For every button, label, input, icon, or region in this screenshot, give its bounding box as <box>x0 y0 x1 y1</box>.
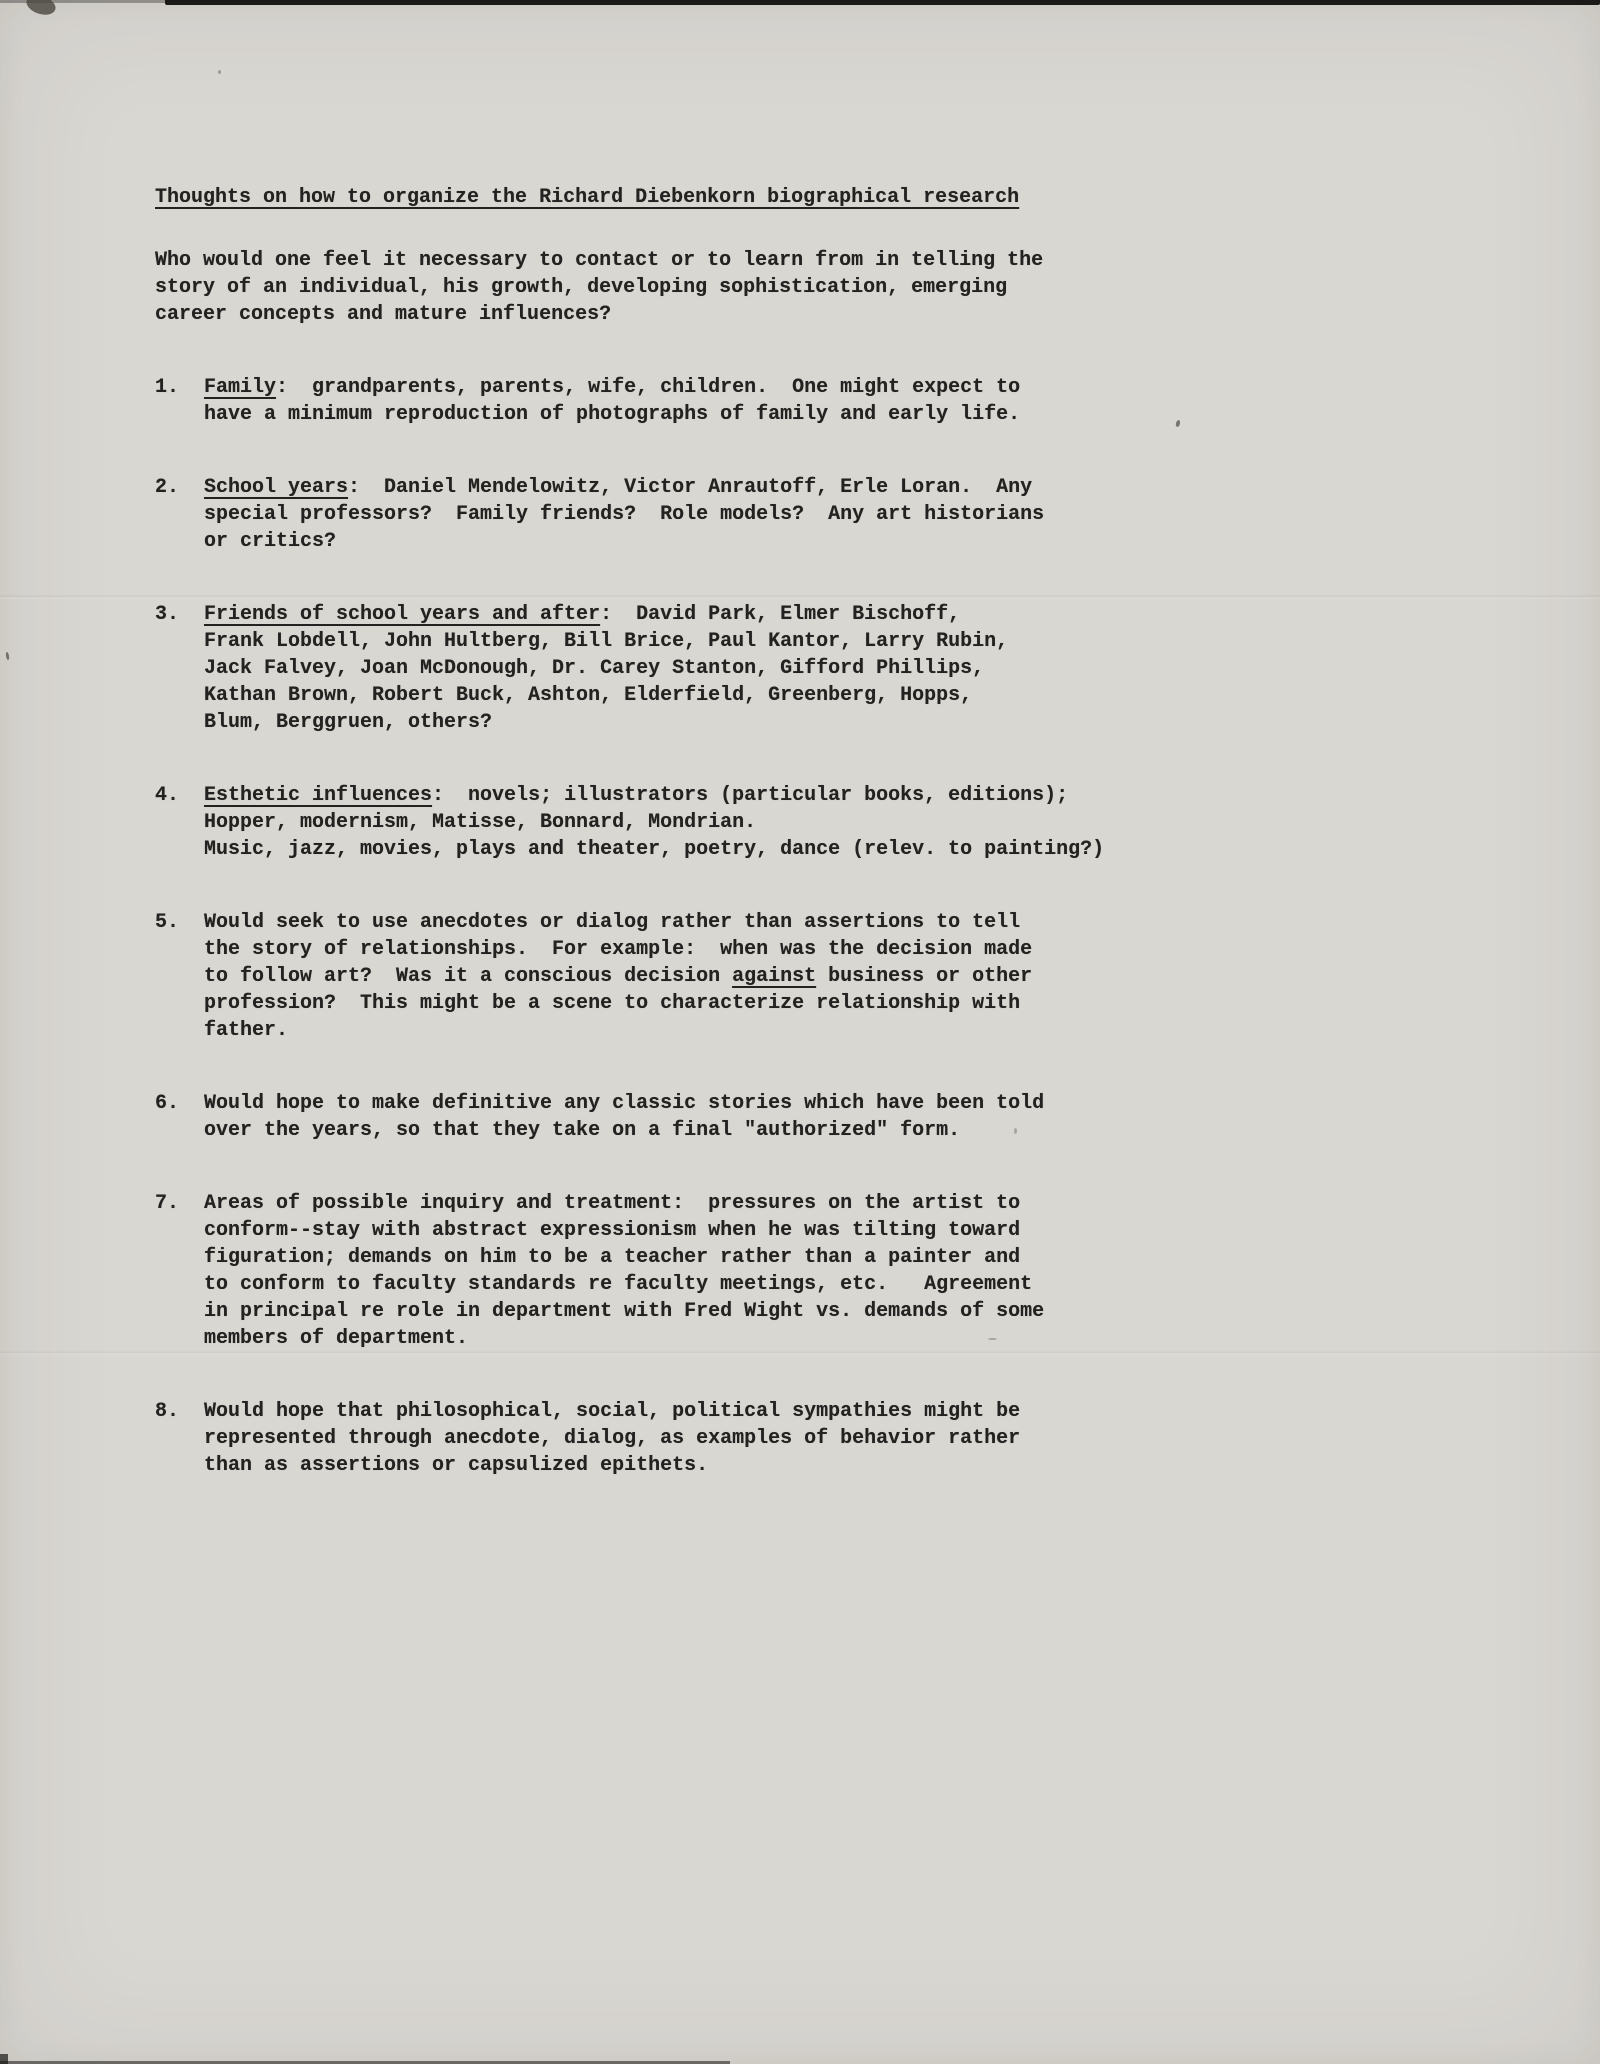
list-item-text: School years: Daniel Mendelowitz, Victor… <box>204 474 1044 555</box>
list-item-number: 2. <box>155 474 204 501</box>
list-item: 7.Areas of possible inquiry and treatmen… <box>155 1190 1475 1352</box>
list-item-number: 8. <box>155 1398 204 1425</box>
list-item: 2.School years: Daniel Mendelowitz, Vict… <box>155 474 1475 555</box>
list-item-number: 3. <box>155 601 204 628</box>
list-item-text: Friends of school years and after: David… <box>204 601 1008 736</box>
list-item-number: 6. <box>155 1090 204 1117</box>
list-item-text: Would hope to make definitive any classi… <box>204 1090 1044 1144</box>
scan-smudge <box>24 0 58 18</box>
scan-edge-top <box>165 0 1600 5</box>
scan-speck <box>218 70 221 74</box>
list-item: 8.Would hope that philosophical, social,… <box>155 1398 1475 1479</box>
scan-speck <box>5 652 9 660</box>
list-item-number: 4. <box>155 782 204 809</box>
list-item-text: Would seek to use anecdotes or dialog ra… <box>204 909 1032 1044</box>
list-item-number: 5. <box>155 909 204 936</box>
numbered-list: 1.Family: grandparents, parents, wife, c… <box>155 374 1475 1479</box>
list-item: 4.Esthetic influences: novels; illustrat… <box>155 782 1475 863</box>
scan-edge-bottom-corner <box>0 2054 8 2064</box>
list-item-text: Areas of possible inquiry and treatment:… <box>204 1190 1044 1352</box>
list-item: 1.Family: grandparents, parents, wife, c… <box>155 374 1475 428</box>
list-item: 6.Would hope to make definitive any clas… <box>155 1090 1475 1144</box>
list-item: 3.Friends of school years and after: Dav… <box>155 601 1475 736</box>
list-item: 5.Would seek to use anecdotes or dialog … <box>155 909 1475 1044</box>
typed-content: Thoughts on how to organize the Richard … <box>155 184 1475 1479</box>
document-title: Thoughts on how to organize the Richard … <box>155 184 1475 211</box>
document-page: Thoughts on how to organize the Richard … <box>0 0 1600 2064</box>
list-item-text: Esthetic influences: novels; illustrator… <box>204 782 1104 863</box>
intro-paragraph: Who would one feel it necessary to conta… <box>155 247 1475 328</box>
list-item-text: Would hope that philosophical, social, p… <box>204 1398 1020 1479</box>
list-item-text: Family: grandparents, parents, wife, chi… <box>204 374 1020 428</box>
list-item-number: 1. <box>155 374 204 401</box>
list-item-number: 7. <box>155 1190 204 1217</box>
